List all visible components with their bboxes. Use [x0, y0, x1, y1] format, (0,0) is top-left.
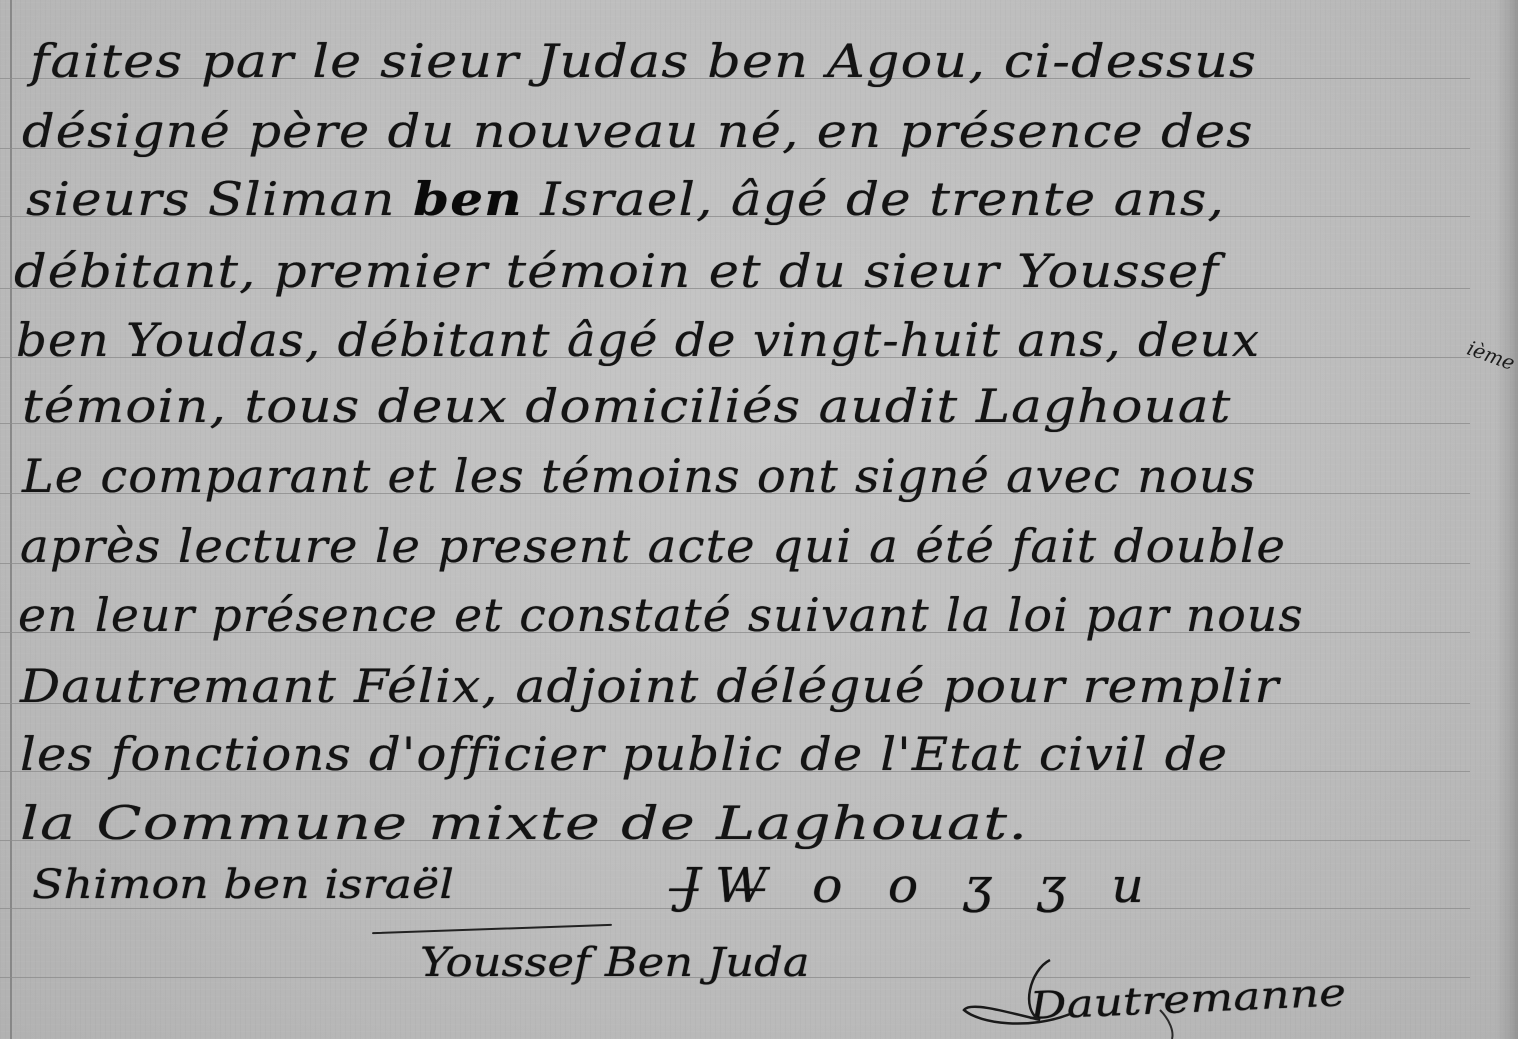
- page-right-edge-shadow: [1496, 0, 1518, 1039]
- signature-witness-2: Youssef Ben Juda: [420, 940, 810, 986]
- officer-signature-flourish: [960, 940, 1220, 1039]
- text-line-9: en leur présence et constaté suivant la …: [18, 592, 1304, 638]
- text-line-5: ben Youdas, débitant âgé de vingt-huit a…: [16, 317, 1260, 363]
- text-line-10: Dautremant Félix, adjoint délégué pour r…: [20, 663, 1280, 709]
- text-line-3-start: sieurs Sliman: [26, 172, 413, 226]
- text-line-12: la Commune mixte de Laghouat.: [20, 800, 1028, 846]
- text-line-3: sieurs Sliman ben Israel, âgé de trente …: [26, 176, 1225, 222]
- text-line-2: désigné père du nouveau né, en présence …: [22, 108, 1254, 154]
- left-margin-rule: [10, 0, 12, 1039]
- text-line-8: après lecture le present acte qui a été …: [20, 523, 1286, 569]
- signature-witness-1: Shimon ben israël: [32, 862, 454, 908]
- struck-word: ben: [413, 172, 523, 226]
- text-line-4: débitant, premier témoin et du sieur You…: [14, 248, 1219, 294]
- scanned-document-page: faites par le sieur Judas ben Agou, ci-d…: [0, 0, 1518, 1039]
- signature-underline: [372, 924, 612, 934]
- text-line-6: témoin, tous deux domiciliés audit Lagho…: [22, 383, 1232, 429]
- text-line-3-end: Israel, âgé de trente ans,: [523, 172, 1225, 226]
- text-line-7: Le comparant et les témoins ont signé av…: [22, 453, 1256, 499]
- signature-hebrew-script: J̶W̶ o o ʒ ʒ u: [680, 858, 1159, 914]
- text-line-1: faites par le sieur Judas ben Agou, ci-d…: [30, 38, 1257, 84]
- text-line-11: les fonctions d'officier public de l'Eta…: [20, 731, 1228, 777]
